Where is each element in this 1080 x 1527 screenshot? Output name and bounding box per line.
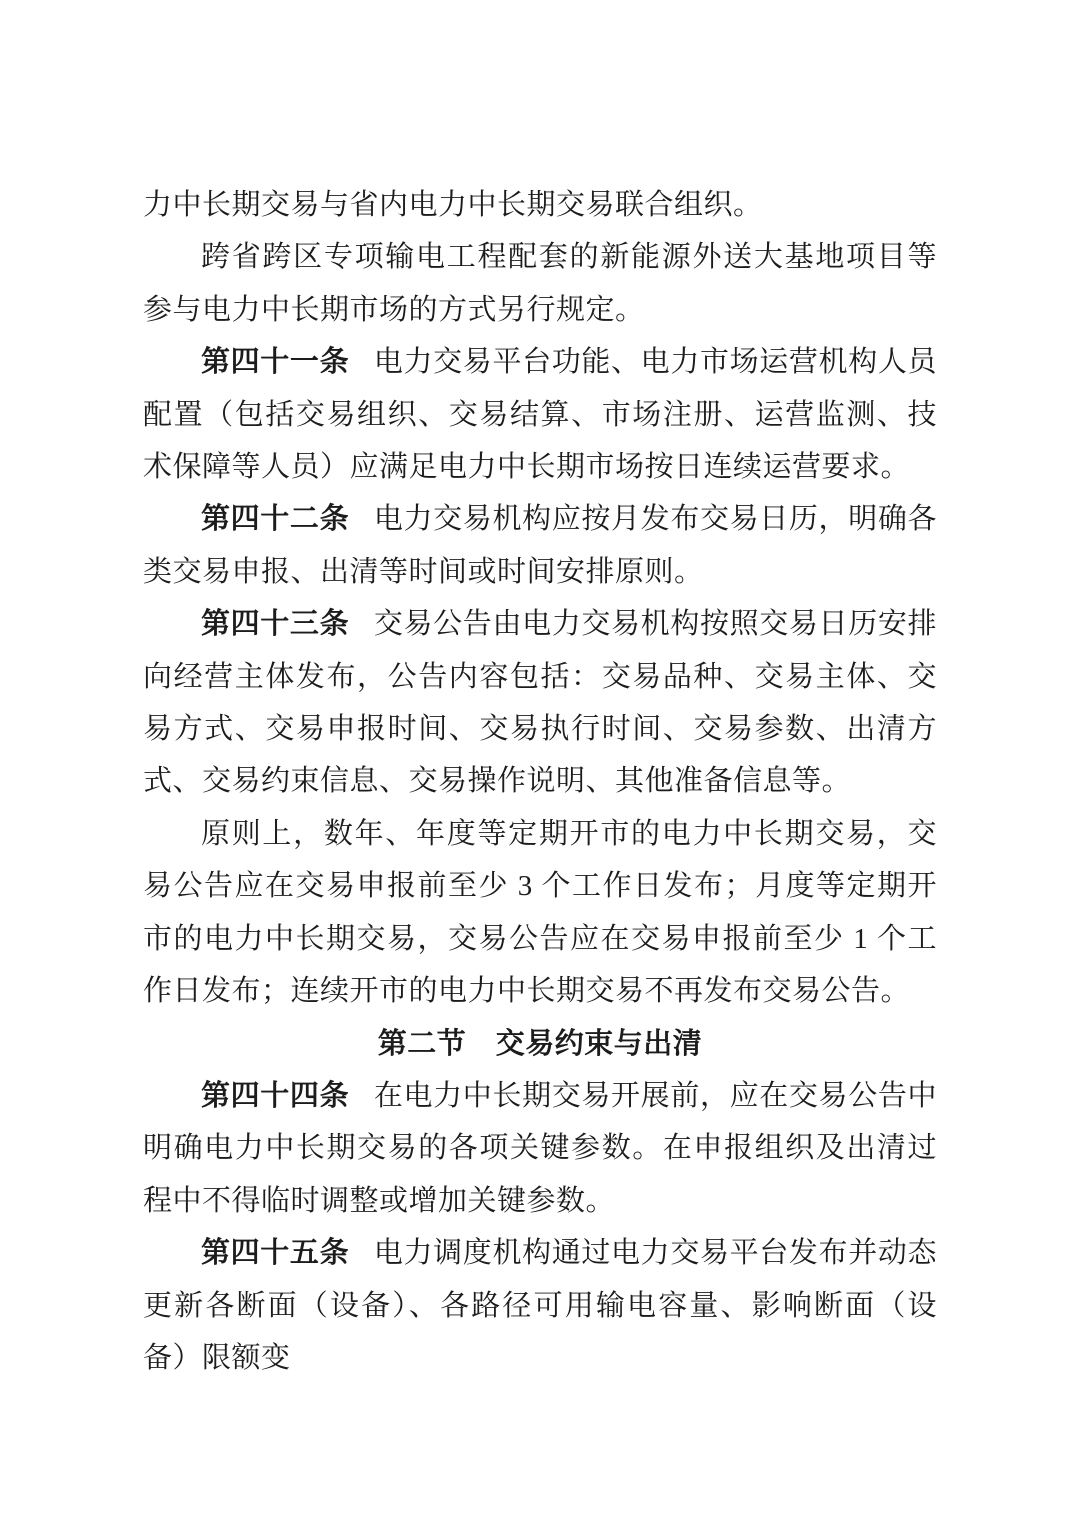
section-2-heading: 第二节 交易约束与出清 <box>143 1018 937 1070</box>
paragraph-cross-province: 跨省跨区专项输电工程配套的新能源外送大基地项目等参与电力中长期市场的方式另行规定… <box>143 231 937 336</box>
paragraph-text: 原则上，数年、年度等定期开市的电力中长期交易，交易公告应在交易申报前至少 3 个… <box>143 818 937 1007</box>
paragraph-text: 力中长期交易与省内电力中长期交易联合组织。 <box>143 189 763 221</box>
article-44-number: 第四十四条 <box>201 1080 374 1112</box>
article-43-paragraph: 第四十三条交易公告由电力交易机构按照交易日历安排向经营主体发布，公告内容包括：交… <box>143 598 937 808</box>
article-45-paragraph: 第四十五条电力调度机构通过电力交易平台发布并动态更新各断面（设备）、各路径可用输… <box>143 1227 937 1384</box>
paragraph-announcement-rules: 原则上，数年、年度等定期开市的电力中长期交易，交易公告应在交易申报前至少 3 个… <box>143 808 937 1018</box>
article-41-paragraph: 第四十一条电力交易平台功能、电力市场运营机构人员配置（包括交易组织、交易结算、市… <box>143 336 937 493</box>
section-heading-text: 第二节 交易约束与出清 <box>378 1028 703 1060</box>
article-45-number: 第四十五条 <box>201 1237 374 1269</box>
article-44-paragraph: 第四十四条在电力中长期交易开展前，应在交易公告中明确电力中长期交易的各项关键参数… <box>143 1070 937 1227</box>
document-text-block: 力中长期交易与省内电力中长期交易联合组织。 跨省跨区专项输电工程配套的新能源外送… <box>143 179 937 1384</box>
document-page: 力中长期交易与省内电力中长期交易联合组织。 跨省跨区专项输电工程配套的新能源外送… <box>0 0 1080 1527</box>
paragraph-continuation: 力中长期交易与省内电力中长期交易联合组织。 <box>143 179 937 231</box>
article-42-number: 第四十二条 <box>201 503 374 535</box>
article-43-number: 第四十三条 <box>201 608 374 640</box>
paragraph-text: 跨省跨区专项输电工程配套的新能源外送大基地项目等参与电力中长期市场的方式另行规定… <box>143 241 937 325</box>
article-41-number: 第四十一条 <box>201 346 374 378</box>
article-42-paragraph: 第四十二条电力交易机构应按月发布交易日历，明确各类交易申报、出清等时间或时间安排… <box>143 493 937 598</box>
